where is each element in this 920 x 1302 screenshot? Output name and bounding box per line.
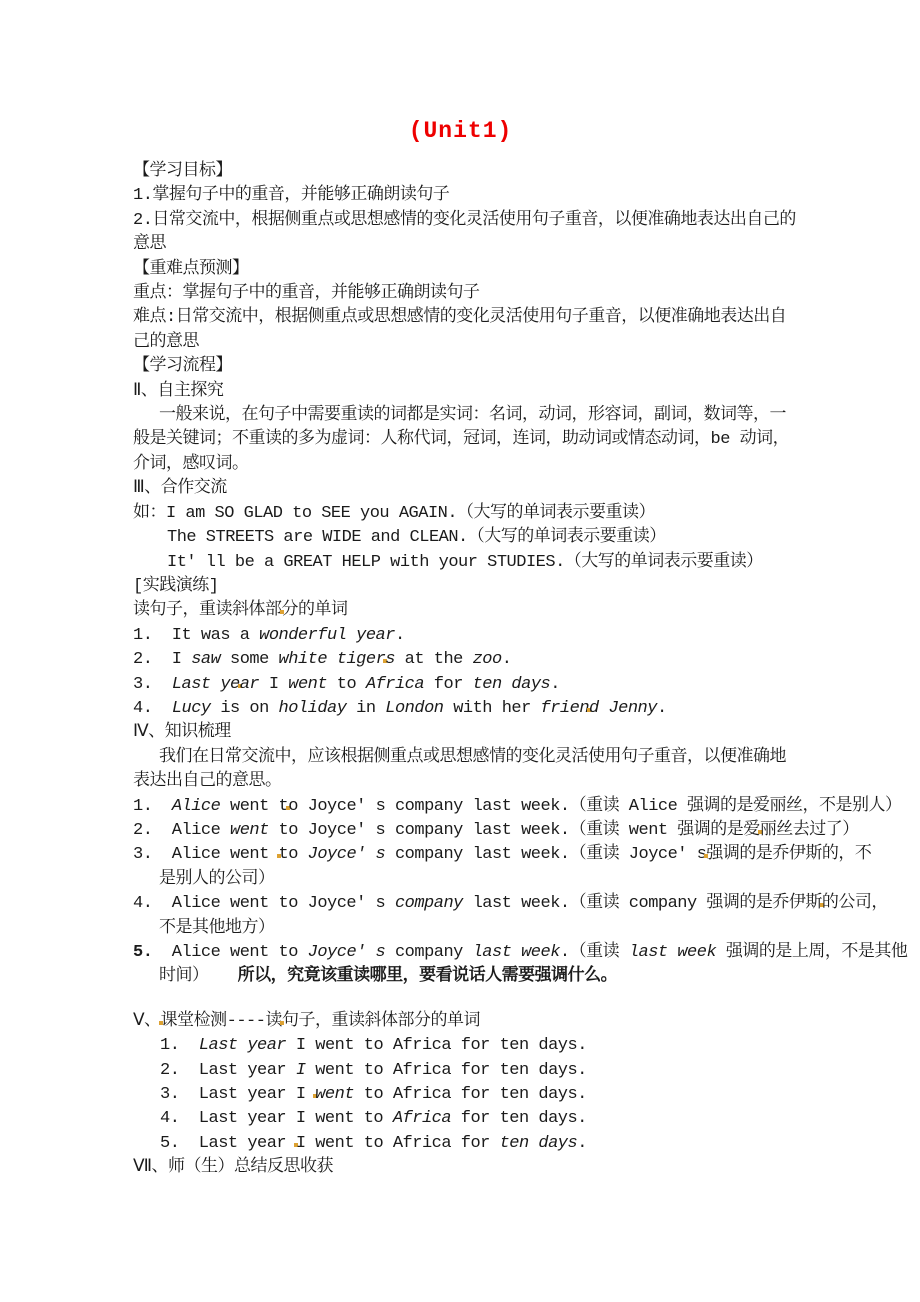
text-run: .	[502, 650, 512, 669]
text-run: last week.（重读 company 强调的是乔伊斯	[463, 894, 822, 913]
text-run: with her	[444, 699, 541, 718]
text-run: 1. It was a	[133, 626, 259, 645]
text-run: 3. Last year I	[160, 1085, 315, 1104]
test-item-3: 3. Last year I went to Africa for ten da…	[133, 1083, 920, 1107]
goal-item-2: 2.日常交流中，根据侧重点或思想感情的变化灵活使用句子重音，以便准确地表达出自己…	[133, 209, 920, 233]
text-run: in	[346, 699, 385, 718]
text-run: 【学习目标】	[133, 162, 232, 181]
knowledge-para-1: 我们在日常交流中，应该根据侧重点或思想感情的变化灵活使用句子重音，以便准确地	[133, 746, 920, 770]
text-run: 4. Alice went to Joyce' s	[133, 894, 395, 913]
text-run: 4.	[133, 699, 172, 718]
text-run: 己的意思	[133, 333, 199, 352]
text-run: 强调的是乔伊斯的，不	[706, 845, 871, 864]
text-run: Lucy	[172, 699, 211, 718]
text-run: .	[657, 699, 667, 718]
section-2-self-exploration: Ⅱ、自主探究	[133, 380, 920, 404]
text-run: white tiger	[279, 650, 386, 669]
text-run: Joyce' s	[308, 845, 386, 864]
test-item-5: 5. Last year I went to Africa for ten da…	[133, 1132, 920, 1156]
text-run: 时间）	[159, 967, 238, 986]
text-run: .	[395, 626, 405, 645]
text-run: 般是关键词；不重读的多为虚词：人称代词，冠词，连词，助动词或情态动词，be 动词…	[133, 430, 789, 449]
text-run: wonderful year	[259, 626, 395, 645]
knowledge-item-3-cont: 是别人的公司）	[133, 868, 920, 892]
text-run: went t	[220, 797, 288, 816]
text-run: went	[230, 821, 269, 840]
text-run: 4. Last year I went to	[160, 1109, 393, 1128]
practice-item-4: 4. Lucy is on holiday in London with her…	[133, 697, 920, 721]
knowledge-item-3: 3. Alice went to Joyce' s company last w…	[133, 843, 920, 867]
text-run: 表达出自己的意思。	[133, 772, 282, 791]
text-run: I went to Africa for ten days.	[286, 1036, 587, 1055]
text-run: company last week.（重读 Joyce' s	[385, 845, 706, 864]
text-run: Africa	[393, 1109, 451, 1128]
text-run: ten days	[473, 675, 551, 694]
test-item-4: 4. Last year I went to Africa for ten da…	[133, 1107, 920, 1131]
text-run: 如：I am SO GLAD to SEE you AGAIN.（大写的单词表示…	[133, 504, 655, 523]
text-run: 【重难点预测】	[133, 260, 249, 279]
text-run: at the	[395, 650, 473, 669]
text-run: Ⅴ、	[133, 1012, 161, 1031]
text-run: Alice went to	[152, 943, 307, 962]
text-run: last week	[473, 943, 560, 962]
example-sentence-2: The STREETS are WIDE and CLEAN.（大写的单词表示要…	[133, 526, 920, 550]
text-run: I went to Africa for	[296, 1134, 500, 1153]
text-run: 3. Alice went	[133, 845, 279, 864]
heading-learning-process: 【学习流程】	[133, 355, 920, 379]
text-run: 丽丝去过了）	[760, 821, 859, 840]
text-run: 1.	[160, 1036, 199, 1055]
text-run: 一般来说，在句子中需要重读的词都是实词：名词，动词，形容词，副词，数词等，一	[159, 406, 786, 425]
text-run: Africa	[366, 675, 424, 694]
knowledge-item-5-cont: 时间） 所以，究竟该重读哪里，要看说话人需要强调什么。	[133, 965, 920, 989]
knowledge-item-5: 5. Alice went to Joyce' s company last w…	[133, 941, 920, 965]
section-3-cooperation: Ⅲ、合作交流	[133, 477, 920, 501]
text-run: 重点：掌握句子中的重音，并能够正确朗读句子	[133, 284, 480, 303]
goal-item-2-cont: 意思	[133, 233, 920, 257]
text-run: saw	[191, 650, 220, 669]
text-run: 5. Last year	[160, 1134, 296, 1153]
text-run: d Jenny	[589, 699, 657, 718]
difficult-point: 难点:日常交流中，根据侧重点或思想感情的变化灵活使用句子重音，以便准确地表达出自	[133, 306, 920, 330]
knowledge-para-2: 表达出自己的意思。	[133, 770, 920, 794]
text-run: 1.掌握句子中的重音，并能够正确朗读句子	[133, 186, 449, 205]
text-run: 所以，究竟该重读哪里，要看说话人需要强调什么。	[238, 967, 618, 986]
text-run: is on	[211, 699, 279, 718]
text-run: went	[288, 675, 327, 694]
text-run: 1.	[133, 797, 172, 816]
text-run: 2. Last year	[160, 1061, 296, 1080]
text-run: Alice	[172, 797, 221, 816]
goal-item-1: 1.掌握句子中的重音，并能够正确朗读句子	[133, 184, 920, 208]
text-run: 的公司，	[822, 894, 888, 913]
text-run: 5.	[133, 943, 152, 962]
practice-instruction: 读句子，重读斜体部分的单词	[133, 599, 920, 623]
text-run: for ten days.	[451, 1109, 587, 1128]
text-run: 句子，重读斜体部分的单词	[282, 1012, 480, 1031]
text-run: 课堂检测----读	[161, 1012, 282, 1031]
text-run: I	[296, 1061, 306, 1080]
key-point: 重点：掌握句子中的重音，并能够正确朗读句子	[133, 282, 920, 306]
text-run: 读句子，重读斜体部	[133, 601, 282, 620]
text-run: company	[395, 894, 463, 913]
text-run: 2. I	[133, 650, 191, 669]
text-run: to Joyce' s company last week.（重读 went 强…	[269, 821, 760, 840]
practice-label: [实践演练]	[133, 575, 920, 599]
text-run: went to Africa for ten days.	[306, 1061, 587, 1080]
text-run: s	[385, 650, 395, 669]
text-run: 强调的是上周，不是其他	[716, 943, 907, 962]
section-5-class-test: Ⅴ、课堂检测----读句子，重读斜体部分的单词	[133, 1010, 920, 1034]
section-7-summary: Ⅶ、师（生）总结反思收获	[133, 1156, 920, 1180]
heading-learning-goals: 【学习目标】	[133, 160, 920, 184]
knowledge-item-2: 2. Alice went to Joyce' s company last w…	[133, 819, 920, 843]
text-run: ten days	[500, 1134, 578, 1153]
text-run: some	[220, 650, 278, 669]
text-run: 不是其他地方）	[159, 919, 275, 938]
text-run: Last ye	[172, 675, 240, 694]
self-exploration-para-2: 般是关键词；不重读的多为虚词：人称代词，冠词，连词，助动词或情态动词，be 动词…	[133, 428, 920, 452]
document-page: (Unit1) 【学习目标】1.掌握句子中的重音，并能够正确朗读句子2.日常交流…	[0, 0, 920, 1302]
text-run: zoo	[473, 650, 502, 669]
document-body: 【学习目标】1.掌握句子中的重音，并能够正确朗读句子2.日常交流中，根据侧重点或…	[133, 160, 920, 1181]
text-run: company	[385, 943, 472, 962]
text-run: 意思	[133, 235, 166, 254]
text-run: Ⅶ、师（生）总结反思收获	[133, 1158, 333, 1177]
text-run: London	[385, 699, 443, 718]
text-run: 我们在日常交流中，应该根据侧重点或思想感情的变化灵活使用句子重音，以便准确地	[159, 748, 786, 767]
knowledge-item-1: 1. Alice went to Joyce' s company last w…	[133, 795, 920, 819]
section-4-knowledge: Ⅳ、知识梳理	[133, 721, 920, 745]
example-sentence-1: 如：I am SO GLAD to SEE you AGAIN.（大写的单词表示…	[133, 502, 920, 526]
knowledge-item-4-cont: 不是其他地方）	[133, 917, 920, 941]
text-run: .	[550, 675, 560, 694]
text-run: Joyce' s	[308, 943, 386, 962]
text-run: for	[424, 675, 473, 694]
text-run: holiday	[279, 699, 347, 718]
text-run: 分的单词	[282, 601, 348, 620]
text-run: Ⅱ、自主探究	[133, 382, 223, 401]
test-item-2: 2. Last year I went to Africa for ten da…	[133, 1059, 920, 1083]
text-run: The STREETS are WIDE and CLEAN.（大写的单词表示要…	[167, 528, 666, 547]
text-run: to Africa for ten days.	[354, 1085, 587, 1104]
text-run: last week	[629, 943, 716, 962]
text-run: 难点:日常交流中，根据侧重点或思想感情的变化灵活使用句子重音，以便准确地表达出自	[133, 308, 786, 327]
text-run: o Joyce' s company last week.（重读 Alice 强…	[288, 797, 901, 816]
text-run: 【学习流程】	[133, 357, 232, 376]
text-run: .	[577, 1134, 587, 1153]
heading-key-difficult-points: 【重难点预测】	[133, 258, 920, 282]
text-run: It' ll be a GREAT HELP with your STUDIES…	[167, 553, 763, 572]
text-run: [实践演练]	[133, 577, 218, 596]
text-run: Ⅲ、合作交流	[133, 479, 227, 498]
self-exploration-para-1: 一般来说，在句子中需要重读的词都是实词：名词，动词，形容词，副词，数词等，一	[133, 404, 920, 428]
knowledge-item-4: 4. Alice went to Joyce' s company last w…	[133, 892, 920, 916]
test-item-1: 1. Last year I went to Africa for ten da…	[133, 1034, 920, 1058]
text-run: to	[327, 675, 366, 694]
text-run: ar	[240, 675, 259, 694]
text-run: 介词，感叹词。	[133, 455, 249, 474]
practice-item-2: 2. I saw some white tigers at the zoo.	[133, 648, 920, 672]
text-run: .（重读	[560, 943, 629, 962]
text-run: to	[279, 845, 308, 864]
text-run: 是别人的公司）	[159, 870, 275, 889]
text-run: 3.	[133, 675, 172, 694]
text-run: frien	[541, 699, 590, 718]
unit-title: (Unit1)	[133, 116, 788, 146]
text-run: I	[259, 675, 288, 694]
text-run: 2.日常交流中，根据侧重点或思想感情的变化灵活使用句子重音，以便准确地表达出自己…	[133, 211, 796, 230]
text-run: went	[315, 1085, 354, 1104]
text-run: Ⅳ、知识梳理	[133, 723, 231, 742]
text-run: 2. Alice	[133, 821, 230, 840]
practice-item-3: 3. Last year I went to Africa for ten da…	[133, 673, 920, 697]
text-run: Last year	[199, 1036, 286, 1055]
difficult-point-cont: 己的意思	[133, 331, 920, 355]
example-sentence-3: It' ll be a GREAT HELP with your STUDIES…	[133, 551, 920, 575]
self-exploration-para-3: 介词，感叹词。	[133, 453, 920, 477]
practice-item-1: 1. It was a wonderful year.	[133, 624, 920, 648]
